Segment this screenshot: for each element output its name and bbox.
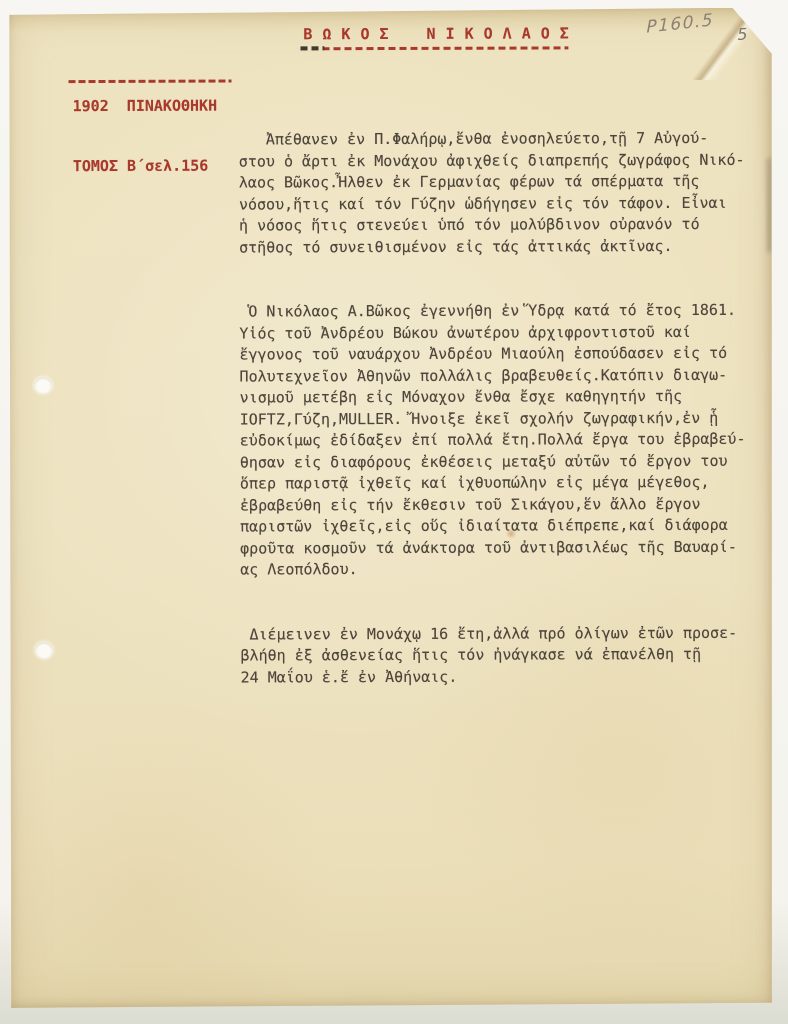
- source-reference-volume: ΤΟΜΟΣ Β΄σελ.156: [73, 156, 218, 177]
- paragraph-obituary: Ἀπέθανεν ἐν Π.Φαλήρῳ,ἔνθα ἐνοσηλεύετο,τῇ…: [239, 128, 759, 259]
- handwritten-page-number: 5: [737, 25, 748, 45]
- handwritten-reference-code: P160.5: [646, 10, 714, 37]
- title-underline: [300, 46, 568, 50]
- document-page: ΒΩΚΟΣ ΝΙΚΟΛΑΟΣ P160.5 5 1902 ΠΙΝΑΚΟΘΗΚΗ …: [6, 8, 775, 1010]
- document-title: ΒΩΚΟΣ ΝΙΚΟΛΑΟΣ: [303, 24, 578, 43]
- source-reference-year: 1902 ΠΙΝΑΚΟΘΗΚΗ: [73, 96, 218, 117]
- scanned-document: ΒΩΚΟΣ ΝΙΚΟΛΑΟΣ P160.5 5 1902 ΠΙΝΑΚΟΘΗΚΗ …: [0, 0, 788, 1024]
- punch-hole-top: [35, 377, 52, 393]
- document-body: Ἀπέθανεν ἐν Π.Φαλήρῳ,ἔνθα ἐνοσηλεύετο,τῇ…: [239, 85, 761, 732]
- source-reference-underline: [69, 80, 232, 84]
- edge-smudge: [767, 158, 772, 253]
- punch-hole-bottom: [35, 642, 52, 658]
- paragraph-biography: Ὁ Νικόλαος Α.Βῶκος ἐγεννήθη ἐν Ὕδρᾳ κατά…: [239, 300, 760, 581]
- paragraph-munich-years: Διέμεινεν ἐν Μονάχῳ 16 ἔτη,ἀλλά πρό ὀλίγ…: [240, 622, 760, 688]
